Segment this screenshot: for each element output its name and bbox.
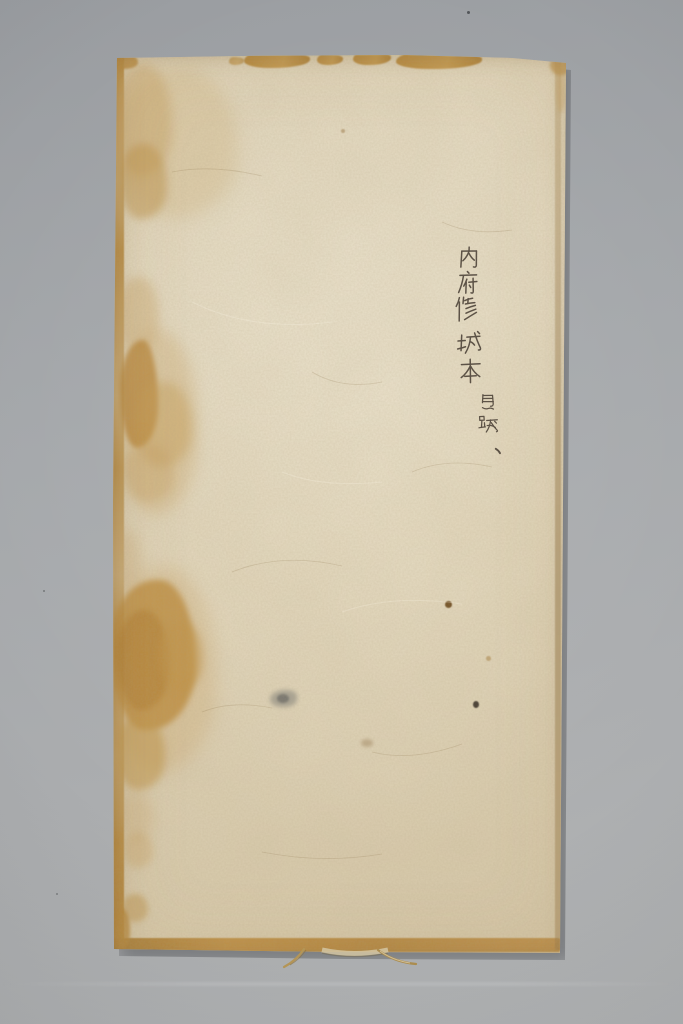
char-fu	[459, 271, 477, 293]
char-nei	[461, 247, 477, 268]
flourish-mark	[496, 449, 500, 453]
inscription: 内府修城本 馬跋	[112, 52, 570, 958]
char-cheng	[458, 331, 481, 353]
calligraphy-strokes	[112, 52, 570, 958]
char-ba	[479, 416, 498, 432]
background-speck	[43, 590, 45, 592]
book-cover: 内府修城本 馬跋	[112, 52, 570, 958]
char-xiu	[456, 297, 476, 321]
char-ben	[461, 359, 480, 382]
char-ma	[482, 395, 494, 409]
photo: 内府修城本 馬跋	[0, 0, 683, 1024]
backdrop-crease	[0, 982, 683, 986]
background-speck	[467, 11, 470, 14]
background-speck	[56, 893, 58, 895]
